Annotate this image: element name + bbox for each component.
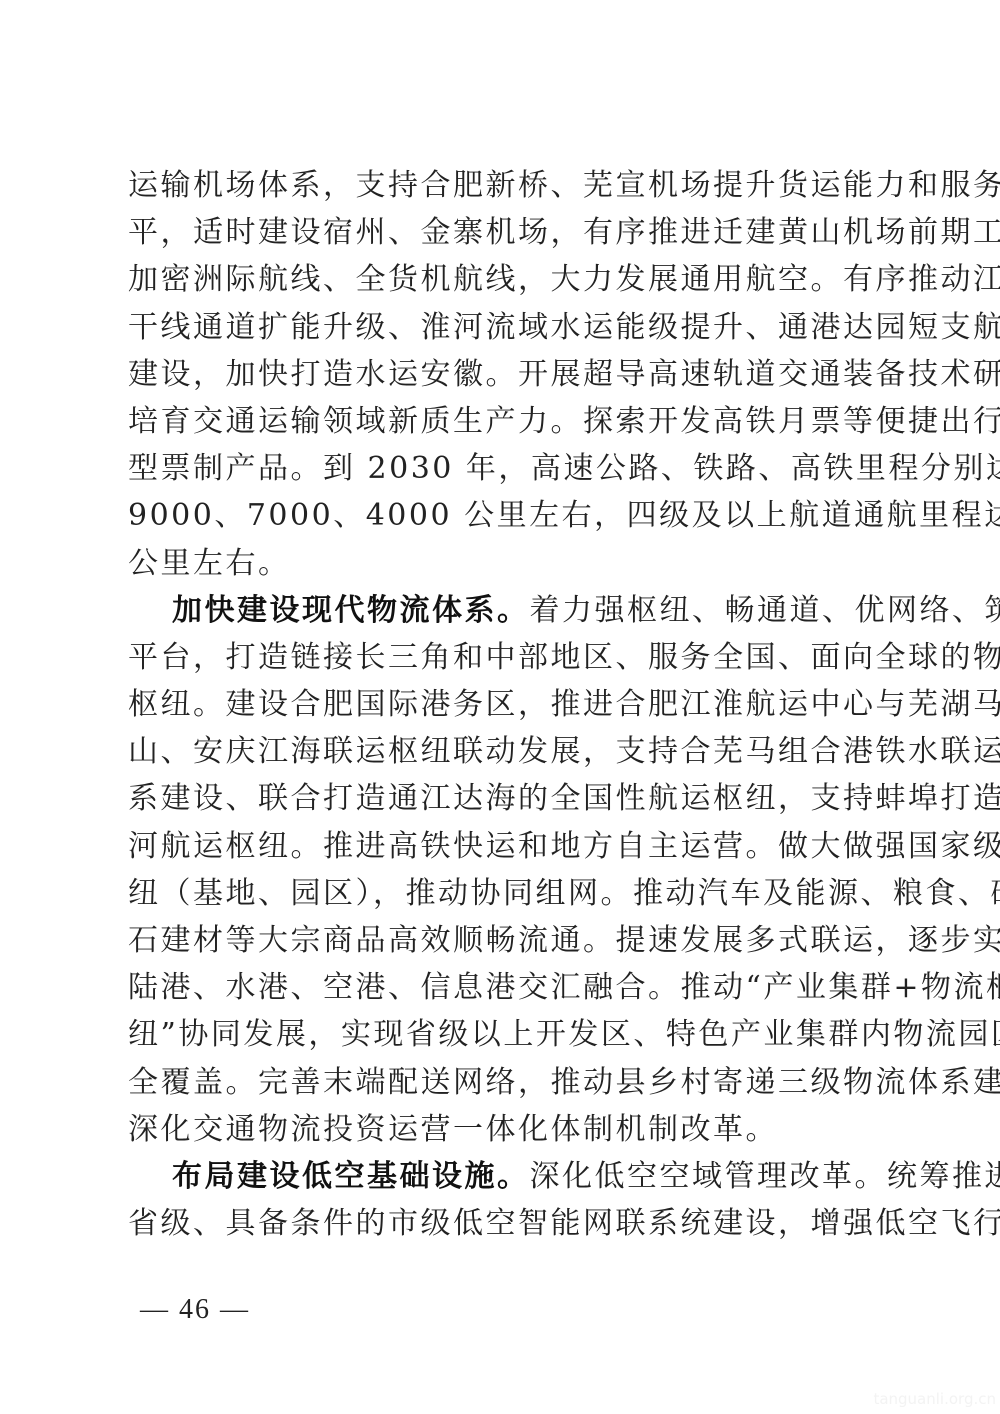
text-line: 深化交通物流投资运营一体化体制机制改革。 bbox=[128, 1106, 874, 1153]
text-line: 河航运枢纽。推进高铁快运和地方自主运营。做大做强国家级枢 bbox=[128, 823, 874, 870]
paragraph-first-line: 加快建设现代物流体系。着力强枢纽、畅通道、优网络、筑 bbox=[128, 587, 874, 634]
text-line: 系建设、联合打造通江达海的全国性航运枢纽，支持蚌埠打造淮 bbox=[128, 775, 874, 822]
text-line: 建设，加快打造水运安徽。开展超导高速轨道交通装备技术研发， bbox=[128, 351, 874, 398]
paragraph-heading: 布局建设低空基础设施。 bbox=[172, 1159, 530, 1194]
text-line: 省级、具备条件的市级低空智能网联系统建设，增强低空飞行服 bbox=[128, 1200, 874, 1247]
paragraph-heading: 加快建设现代物流体系。 bbox=[172, 593, 530, 628]
text-line: 纽”协同发展，实现省级以上开发区、特色产业集群内物流园区 bbox=[128, 1011, 874, 1058]
text-span: 深化低空空域管理改革。统筹推进 bbox=[530, 1159, 1000, 1194]
text-line: 陆港、水港、空港、信息港交汇融合。推动“产业集群+物流枢 bbox=[128, 964, 874, 1011]
text-line: 运输机场体系，支持合肥新桥、芜宣机场提升货运能力和服务水 bbox=[128, 162, 874, 209]
watermark: tanguanli.org.cn bbox=[873, 1390, 996, 1408]
text-line: 平，适时建设宿州、金寨机场，有序推进迁建黄山机场前期工作， bbox=[128, 209, 874, 256]
text-line: 枢纽。建设合肥国际港务区，推进合肥江淮航运中心与芜湖马鞍 bbox=[128, 681, 874, 728]
paragraph-first-line: 布局建设低空基础设施。深化低空空域管理改革。统筹推进 bbox=[128, 1153, 874, 1200]
text-line: 加密洲际航线、全货机航线，大力发展通用航空。有序推动江淮 bbox=[128, 256, 874, 303]
text-line: 培育交通运输领域新质生产力。探索开发高铁月票等便捷出行新 bbox=[128, 398, 874, 445]
page-number: — 46 — bbox=[140, 1294, 250, 1326]
text-span: 着力强枢纽、畅通道、优网络、筑 bbox=[530, 593, 1000, 628]
text-line: 平台，打造链接长三角和中部地区、服务全国、面向全球的物流 bbox=[128, 634, 874, 681]
text-line: 全覆盖。完善末端配送网络，推动县乡村寄递三级物流体系建设。 bbox=[128, 1059, 874, 1106]
text-line: 9000、7000、4000 公里左右，四级及以上航道通航里程达到 2600 bbox=[128, 492, 874, 539]
text-line: 型票制产品。到 2030 年，高速公路、铁路、高铁里程分别达到 bbox=[128, 445, 874, 492]
text-line: 山、安庆江海联运枢纽联动发展，支持合芜马组合港铁水联运体 bbox=[128, 728, 874, 775]
document-page: 运输机场体系，支持合肥新桥、芜宣机场提升货运能力和服务水 平，适时建设宿州、金寨… bbox=[0, 0, 1000, 1414]
text-line: 干线通道扩能升级、淮河流域水运能级提升、通港达园短支航道 bbox=[128, 304, 874, 351]
text-line: 公里左右。 bbox=[128, 540, 874, 587]
text-line: 石建材等大宗商品高效顺畅流通。提速发展多式联运，逐步实现 bbox=[128, 917, 874, 964]
body-text: 运输机场体系，支持合肥新桥、芜宣机场提升货运能力和服务水 平，适时建设宿州、金寨… bbox=[128, 162, 874, 1247]
text-line: 纽（基地、园区），推动协同组网。推动汽车及能源、粮食、矿 bbox=[128, 870, 874, 917]
